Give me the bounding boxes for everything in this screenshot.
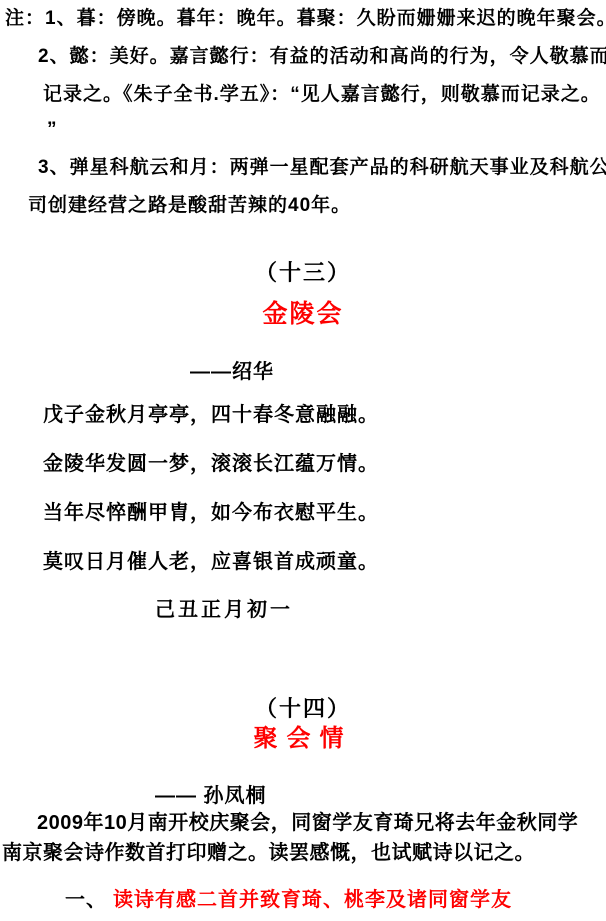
note-line-3: 记录之。《朱子全书.学五》：“见人嘉言懿行，则敬慕而记录之。 (43, 83, 601, 107)
note-line-4-closing-quote: ” (47, 118, 58, 142)
section-14-title: 聚会情 (0, 727, 606, 751)
poem-line-1: 戊子金秋月亭亭，四十春冬意融融。 (43, 403, 379, 427)
note-line-6: 司创建经营之路是酸甜苦辣的40年。 (28, 194, 351, 218)
section-14-number: （十四） (0, 697, 606, 721)
section-14-author: —— 孙凤桐 (155, 784, 267, 808)
poem-line-2: 金陵华发圆一梦，滚滚长江蕴万情。 (43, 452, 379, 476)
note-line-1: 注：1、暮：傍晚。暮年：晚年。暮聚：久盼而姗姗来迟的晚年聚会。 (5, 7, 606, 31)
document-page: 注：1、暮：傍晚。暮年：晚年。暮聚：久盼而姗姗来迟的晚年聚会。 2、懿：美好。嘉… (0, 0, 606, 921)
section-13-author: ——绍华 (190, 360, 274, 384)
poem-line-4: 莫叹日月催人老，应喜银首成顽童。 (43, 550, 379, 574)
subheading-title: 读诗有感二首并致育琦、桃李及诸同窗学友 (113, 889, 512, 911)
note-line-5: 3、弹星科航云和月：两弹一星配套产品的科研航天事业及科航公 (38, 156, 606, 180)
section-13-title: 金陵会 (0, 302, 606, 326)
section-13-number: （十三） (0, 261, 606, 285)
subheading-prefix: 一、 (65, 889, 107, 911)
intro-line-1: 2009年10月南开校庆聚会，同窗学友育琦兄将去年金秋同学 (37, 811, 578, 835)
poem-line-3: 当年尽悴酬甲胄，如今布衣慰平生。 (43, 501, 379, 525)
intro-line-2: 南京聚会诗作数首打印赠之。读罢感慨，也试赋诗以记之。 (2, 841, 535, 865)
subheading: 一、读诗有感二首并致育琦、桃李及诸同窗学友 (65, 888, 512, 912)
poem-date: 己丑正月初一 (155, 598, 293, 622)
note-line-2: 2、懿：美好。嘉言懿行：有益的活动和高尚的行为，令人敬慕而 (38, 45, 606, 69)
